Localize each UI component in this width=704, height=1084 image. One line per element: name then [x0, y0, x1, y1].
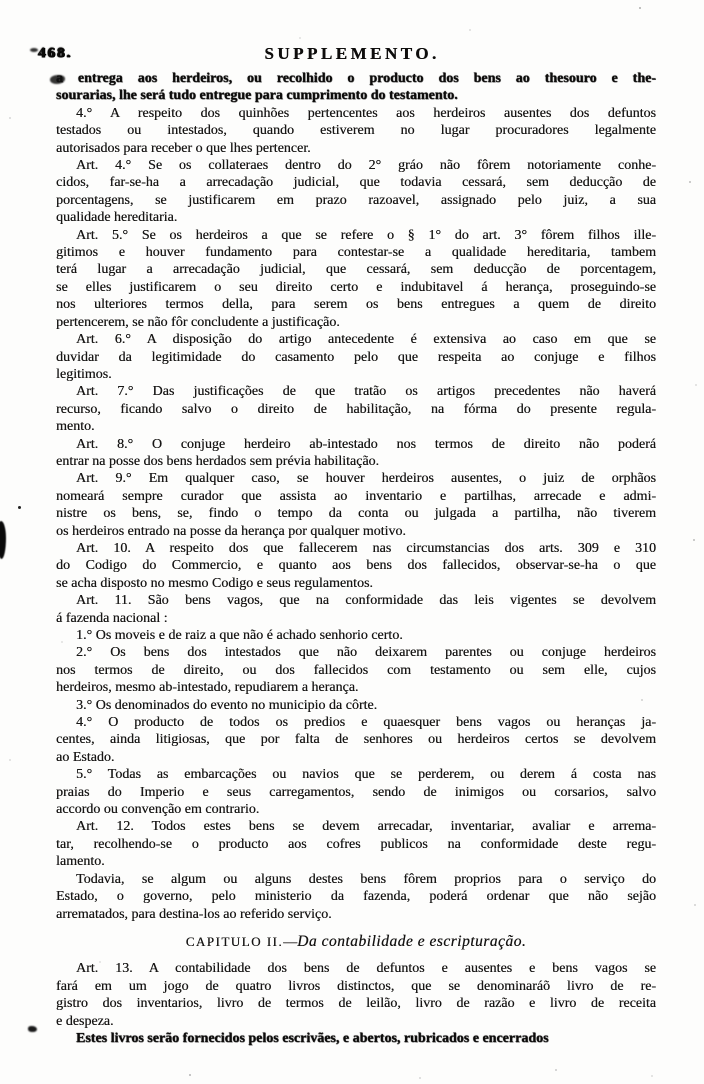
paragraph: 4.° O producto de todos os predios e qua…	[56, 714, 656, 766]
paragraph: Art. 9.° Em qualquer caso, se houver her…	[56, 470, 656, 540]
page-header-row: 468. SUPPLEMENTO.	[0, 44, 704, 64]
text-line: autorisados para receber o que lhes pert…	[56, 140, 656, 157]
text-line: sourarias, lhe será tudo entregue para c…	[56, 87, 656, 104]
text-line: Art. 13. A contabilidade dos bens de def…	[56, 960, 656, 977]
paragraph: Art. 4.° Se os collateraes dentro do 2° …	[56, 157, 656, 227]
text-line: Art. 8.° O conjuge herdeiro ab-intestado…	[56, 436, 656, 453]
text-line: legitimos.	[56, 366, 656, 383]
text-line: Todavia, se algum ou alguns destes bens …	[56, 871, 656, 888]
text-line: a entrega aos herdeiros, ou recolhido o …	[56, 70, 656, 87]
paragraph: 2.° Os bens dos intestados que não deixa…	[56, 644, 656, 696]
chapter-title: Da contabilidade e escripturação.	[297, 933, 526, 950]
text-line: nomeará sempre curador que assista ao in…	[56, 488, 656, 505]
text-line: se acha disposto no mesmo Codigo e seus …	[56, 575, 656, 592]
text-line: Art. 11. São bens vagos, que na conformi…	[56, 592, 656, 609]
paragraph: Art. 5.° Se os herdeiros a que se refere…	[56, 227, 656, 331]
paragraph: Todavia, se algum ou alguns destes bens …	[56, 871, 656, 923]
text-line: praias do Imperio e seus carregamentos, …	[56, 784, 656, 801]
text-line: accordo ou convenção em contrario.	[56, 801, 656, 818]
text-line: Art. 6.° A disposição do artigo antecede…	[56, 331, 656, 348]
text-line: testados ou intestados, quando estiverem…	[56, 122, 656, 139]
paragraph: 1.° Os moveis e de raiz a que não é acha…	[56, 627, 656, 644]
paragraph: 3.° Os denominados do evento no municipi…	[56, 697, 656, 714]
paragraph: Art. 8.° O conjuge herdeiro ab-intestado…	[56, 436, 656, 471]
text-line: 2.° Os bens dos intestados que não deixa…	[56, 644, 656, 661]
text-line: Art. 7.° Das justificações de que tratão…	[56, 383, 656, 400]
text-line: gistro dos inventarios, livro de termos …	[56, 995, 656, 1012]
ink-blob-artifact	[0, 521, 6, 559]
text-line: cidos, far-se-ha a arrecadação judicial,…	[56, 174, 656, 191]
text-line: 4.° O producto de todos os predios e qua…	[56, 714, 656, 731]
paragraph: Art. 12. Todos estes bens se devem arrec…	[56, 818, 656, 870]
paragraph: Art. 11. São bens vagos, que na conformi…	[56, 592, 656, 627]
text-line: 4.° A respeito dos quinhões pertencentes…	[56, 105, 656, 122]
text-line: qualidade hereditaria.	[56, 209, 656, 226]
text-line: os herdeiros entrado na posse da herança…	[56, 523, 656, 540]
text-line: ao Estado.	[56, 749, 656, 766]
text-line: centes, ainda litigiosas, que por falta …	[56, 731, 656, 748]
text-line: Art. 10. A respeito dos que fallecerem n…	[56, 540, 656, 557]
text-line: nos ulteriores termos della, para serem …	[56, 296, 656, 313]
text-line: porcentagens, se justificarem em prazo r…	[56, 192, 656, 209]
text-line: se elles justificarem o seu direito cert…	[56, 279, 656, 296]
scanned-document-page: 468. SUPPLEMENTO. a entrega aos herdeiro…	[0, 0, 704, 1084]
text-line: pertencerem, se não fôr concludente a ju…	[56, 314, 656, 331]
text-block: a entrega aos herdeiros, ou recolhido o …	[56, 70, 656, 1047]
paragraph: Art. 13. A contabilidade dos bens de def…	[56, 960, 656, 1030]
text-line: á fazenda nacional :	[56, 610, 656, 627]
running-header-title: SUPPLEMENTO.	[0, 44, 704, 64]
chapter-separator: —	[283, 935, 297, 950]
paragraph: 4.° A respeito dos quinhões pertencentes…	[56, 105, 656, 157]
page-number: 468.	[38, 45, 72, 62]
paragraph: Estes livros serão fornecidos pelos escr…	[56, 1030, 656, 1047]
text-line: Art. 9.° Em qualquer caso, se houver her…	[56, 470, 656, 487]
ink-smudge-artifact	[18, 506, 21, 509]
text-line: 1.° Os moveis e de raiz a que não é acha…	[56, 627, 656, 644]
text-line: herdeiros, mesmo ab-intestado, repudiare…	[56, 679, 656, 696]
text-line: lamento.	[56, 853, 656, 870]
text-line: Art. 4.° Se os collateraes dentro do 2° …	[56, 157, 656, 174]
text-line: mento.	[56, 418, 656, 435]
text-line: duvidar da legitimidade do casamento pel…	[56, 349, 656, 366]
paragraph: a entrega aos herdeiros, ou recolhido o …	[56, 70, 656, 105]
chapter-label: CAPITULO II.	[186, 934, 283, 949]
text-line: fará em um jogo de quatro livros distinc…	[56, 978, 656, 995]
text-line: Estado, o governo, pelo ministerio da fa…	[56, 888, 656, 905]
text-line: arrematados, para destina-los ao referid…	[56, 906, 656, 923]
text-line: nistre os bens, se, findo o tempo da con…	[56, 505, 656, 522]
text-line: 3.° Os denominados do evento no municipi…	[56, 697, 656, 714]
chapter-heading: CAPITULO II.—Da contabilidade e escriptu…	[56, 933, 656, 951]
ink-smudge-artifact	[28, 1026, 37, 1032]
paragraph: Art. 10. A respeito dos que fallecerem n…	[56, 540, 656, 592]
text-line: Art. 5.° Se os herdeiros a que se refere…	[56, 227, 656, 244]
text-line: Art. 12. Todos estes bens se devem arrec…	[56, 818, 656, 835]
text-line: e despeza.	[56, 1013, 656, 1030]
text-line: 5.° Todas as embarcações ou navios que s…	[56, 766, 656, 783]
text-line: terá lugar a arrecadação judicial, que c…	[56, 261, 656, 278]
text-line: entrar na posse dos bens herdados sem pr…	[56, 453, 656, 470]
text-line: do Codigo do Commercio, e quanto aos ben…	[56, 557, 656, 574]
text-line: tar, recolhendo-se o producto aos cofres…	[56, 836, 656, 853]
paragraph: Art. 6.° A disposição do artigo antecede…	[56, 331, 656, 383]
text-line: gitimos e houver fundamento para contest…	[56, 244, 656, 261]
text-line: nos termos de direito, ou dos fallecidos…	[56, 662, 656, 679]
text-line: Estes livros serão fornecidos pelos escr…	[56, 1030, 656, 1047]
paragraph: Art. 7.° Das justificações de que tratão…	[56, 383, 656, 435]
paragraph: 5.° Todas as embarcações ou navios que s…	[56, 766, 656, 818]
text-line: recurso, ficando salvo o direito de habi…	[56, 401, 656, 418]
